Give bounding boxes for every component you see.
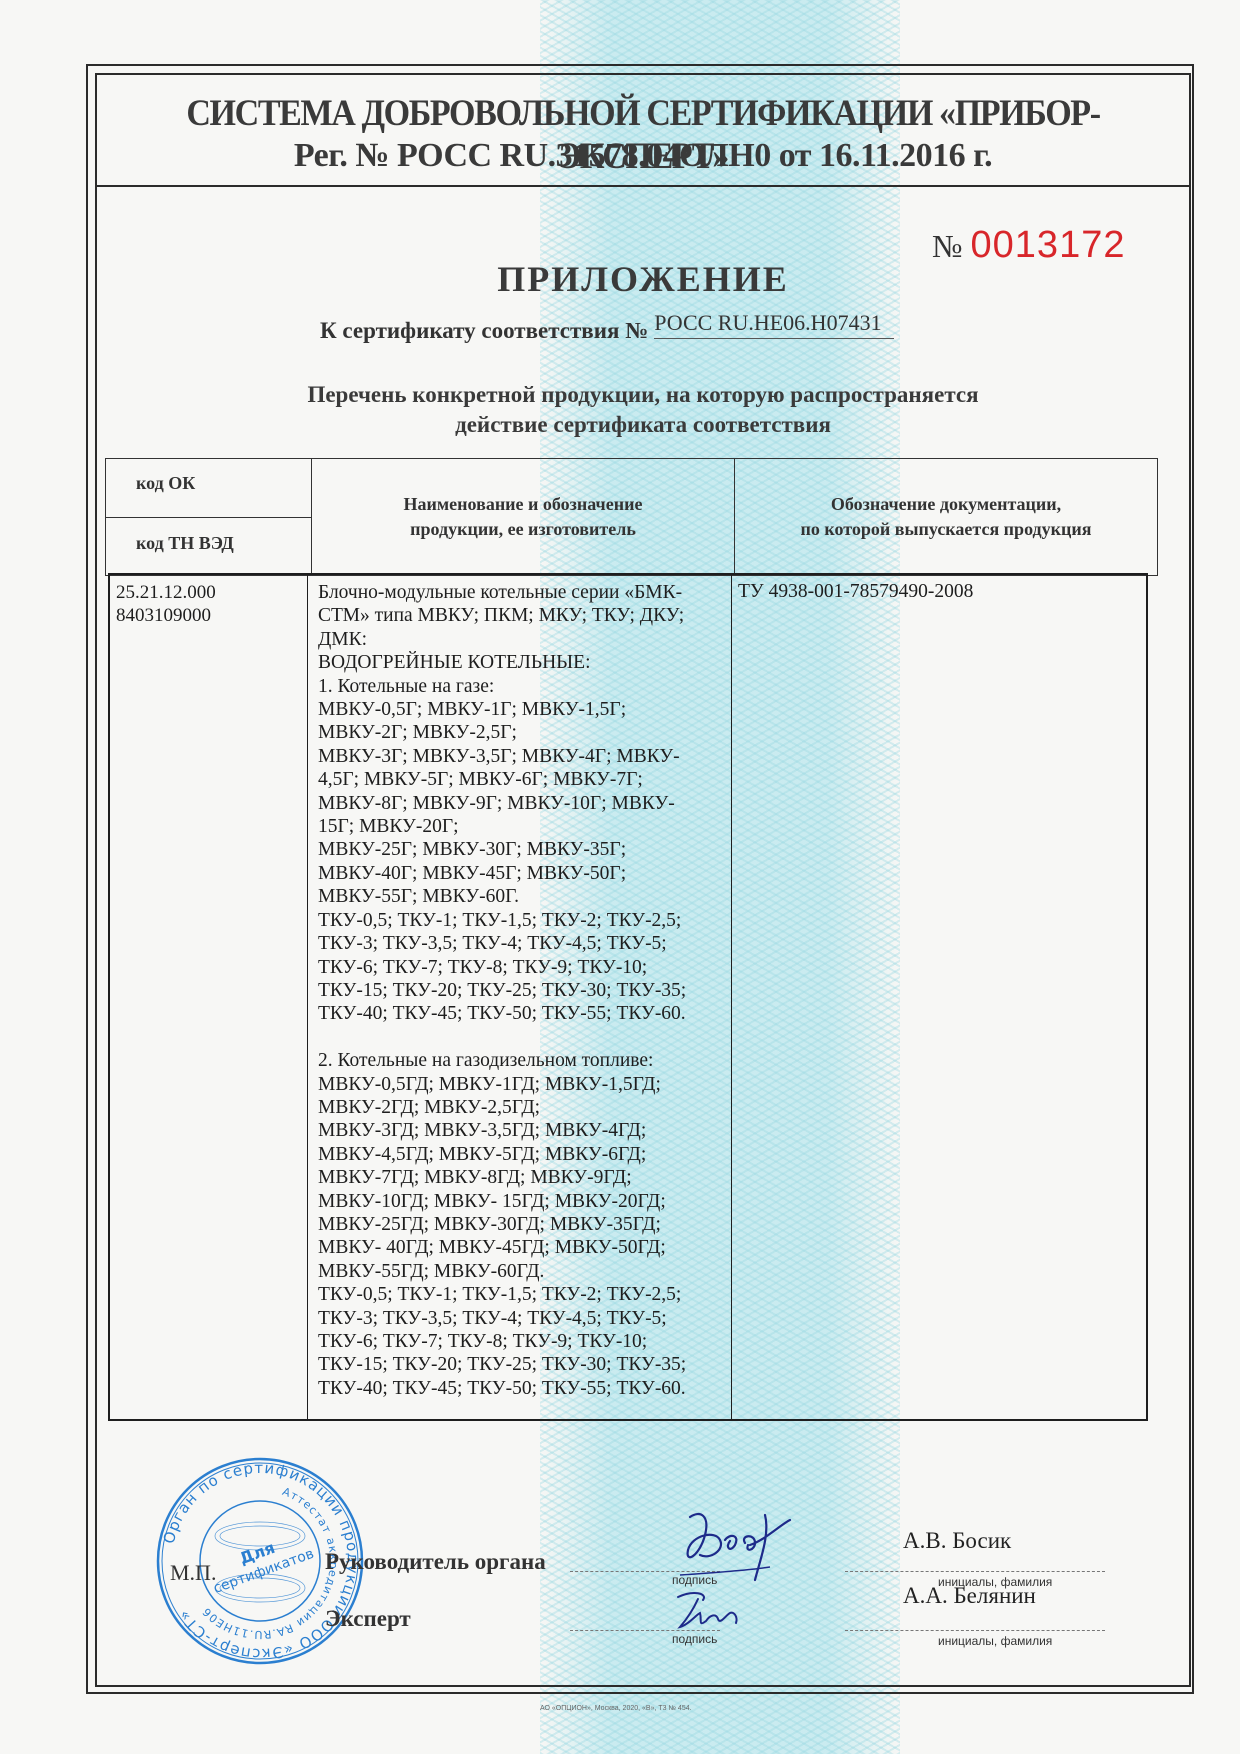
expert-label: Эксперт	[325, 1606, 411, 1632]
product-line: ТКУ-6; ТКУ-7; ТКУ-8; ТКУ-9; ТКУ-10;	[318, 956, 731, 979]
product-list-title-line2: действие сертификата соответствия	[95, 410, 1191, 440]
product-line: ТКУ-6; ТКУ-7; ТКУ-8; ТКУ-9; ТКУ-10;	[318, 1330, 731, 1353]
registration-number: Рег. № РОСС RU.31578.04ОЛН0 от 16.11.201…	[95, 137, 1191, 175]
seal-place-label: М.П.	[170, 1560, 216, 1586]
certificate-reference-label: К сертификату соответствия №	[320, 318, 648, 343]
expert-name-line	[845, 1630, 1105, 1631]
table-row-product-cell: Блочно-модульные котельные серии «БМК-СТ…	[308, 575, 732, 1419]
product-line: ТКУ-0,5; ТКУ-1; ТКУ-1,5; ТКУ-2; ТКУ-2,5;	[318, 1283, 731, 1306]
table-body: 25.21.12.000 8403109000 Блочно-модульные…	[108, 573, 1148, 1421]
header-code-ok: код ОК	[136, 473, 195, 494]
product-line: ВОДОГРЕЙНЫЕ КОТЕЛЬНЫЕ:	[318, 651, 731, 674]
product-list-title-line1: Перечень конкретной продукции, на котору…	[95, 380, 1191, 410]
product-line: 4,5Г; МВКУ-5Г; МВКУ-6Г; МВКУ-7Г;	[318, 768, 731, 791]
product-line: СТМ» типа МВКУ; ПКМ; МКУ; ТКУ; ДКУ;	[318, 604, 731, 627]
product-line: 15Г; МВКУ-20Г;	[318, 815, 731, 838]
header-product-line1: Наименование и обозначение	[404, 492, 643, 517]
header-code-tn-ved: код ТН ВЭД	[136, 533, 234, 554]
header-codes-column: код ОК код ТН ВЭД	[106, 459, 312, 575]
table-row-codes-cell: 25.21.12.000 8403109000	[110, 575, 308, 1419]
product-line: МВКУ-2Г; МВКУ-2,5Г;	[318, 721, 731, 744]
header-doc-line1: Обозначение документации,	[800, 492, 1091, 517]
product-line: 1. Котельные на газе:	[318, 675, 731, 698]
table-row-documentation-cell: ТУ 4938-001-78579490-2008	[732, 575, 1146, 1419]
product-line: МВКУ-10ГД; МВКУ- 15ГД; МВКУ-20ГД;	[318, 1190, 731, 1213]
expert-handwritten-signature-icon	[668, 1585, 758, 1635]
product-line: МВКУ-4,5ГД; МВКУ-5ГД; МВКУ-6ГД;	[318, 1143, 731, 1166]
product-line: ТКУ-3; ТКУ-3,5; ТКУ-4; ТКУ-4,5; ТКУ-5;	[318, 932, 731, 955]
head-name: А.В. Босик	[903, 1528, 1011, 1554]
product-line	[318, 1026, 731, 1049]
product-line: МВКУ-25Г; МВКУ-30Г; МВКУ-35Г;	[318, 838, 731, 861]
certificate-reference: К сертификату соответствия №РОСС RU.НЕ06…	[320, 318, 894, 347]
product-line: ТКУ-15; ТКУ-20; ТКУ-25; ТКУ-30; ТКУ-35;	[318, 1353, 731, 1376]
product-line: МВКУ-3Г; МВКУ-3,5Г; МВКУ-4Г; МВКУ-	[318, 745, 731, 768]
product-line: МВКУ- 40ГД; МВКУ-45ГД; МВКУ-50ГД;	[318, 1236, 731, 1259]
product-line: МВКУ-25ГД; МВКУ-30ГД; МВКУ-35ГД;	[318, 1213, 731, 1236]
product-line: Блочно-модульные котельные серии «БМК-	[318, 581, 731, 604]
product-line: МВКУ-8Г; МВКУ-9Г; МВКУ-10Г; МВКУ-	[318, 792, 731, 815]
product-line: МВКУ-7ГД; МВКУ-8ГД; МВКУ-9ГД;	[318, 1166, 731, 1189]
head-name-line	[845, 1571, 1105, 1572]
expert-name-caption: инициалы, фамилия	[938, 1634, 1052, 1648]
certificate-reference-value: РОСС RU.НЕ06.Н07431	[654, 310, 894, 339]
product-line: ДМК:	[318, 628, 731, 651]
header-product-column: Наименование и обозначение продукции, ее…	[312, 459, 735, 575]
header-documentation-column: Обозначение документации, по которой вып…	[735, 459, 1157, 575]
code-tn-ved-value: 8403109000	[116, 604, 307, 627]
product-line: МВКУ-55Г; МВКУ-60Г.	[318, 885, 731, 908]
product-line: ТКУ-3; ТКУ-3,5; ТКУ-4; ТКУ-4,5; ТКУ-5;	[318, 1307, 731, 1330]
product-line: ТКУ-15; ТКУ-20; ТКУ-25; ТКУ-30; ТКУ-35;	[318, 979, 731, 1002]
expert-name: А.А. Белянин	[903, 1583, 1036, 1609]
product-list-title: Перечень конкретной продукции, на котору…	[95, 380, 1191, 440]
product-line: ТКУ-40; ТКУ-45; ТКУ-50; ТКУ-55; ТКУ-60.	[318, 1002, 731, 1025]
product-line: МВКУ-0,5Г; МВКУ-1Г; МВКУ-1,5Г;	[318, 698, 731, 721]
annex-title: ПРИЛОЖЕНИЕ	[95, 258, 1191, 300]
printer-imprint: АО «ОПЦИОН», Москва, 2020, «В», Т3 № 454…	[540, 1705, 692, 1712]
product-line: МВКУ-2ГД; МВКУ-2,5ГД;	[318, 1096, 731, 1119]
header-product-line2: продукции, ее изготовитель	[404, 517, 643, 542]
header-doc-line2: по которой выпускается продукция	[800, 517, 1091, 542]
documentation-value: ТУ 4938-001-78579490-2008	[738, 580, 1146, 603]
product-line: 2. Котельные на газодизельном топливе:	[318, 1049, 731, 1072]
head-of-body-label: Руководитель органа	[325, 1549, 546, 1575]
head-handwritten-signature-icon	[670, 1505, 810, 1585]
code-ok-value: 25.21.12.000	[116, 581, 307, 604]
product-line: МВКУ-3ГД; МВКУ-3,5ГД; МВКУ-4ГД;	[318, 1119, 731, 1142]
product-line: МВКУ-40Г; МВКУ-45Г; МВКУ-50Г;	[318, 862, 731, 885]
table-header: код ОК код ТН ВЭД Наименование и обознач…	[105, 458, 1158, 576]
product-line: МВКУ-0,5ГД; МВКУ-1ГД; МВКУ-1,5ГД;	[318, 1073, 731, 1096]
product-line: ТКУ-40; ТКУ-45; ТКУ-50; ТКУ-55; ТКУ-60.	[318, 1377, 731, 1400]
product-line: ТКУ-0,5; ТКУ-1; ТКУ-1,5; ТКУ-2; ТКУ-2,5;	[318, 909, 731, 932]
header-divider	[95, 185, 1191, 187]
product-line: МВКУ-55ГД; МВКУ-60ГД.	[318, 1260, 731, 1283]
